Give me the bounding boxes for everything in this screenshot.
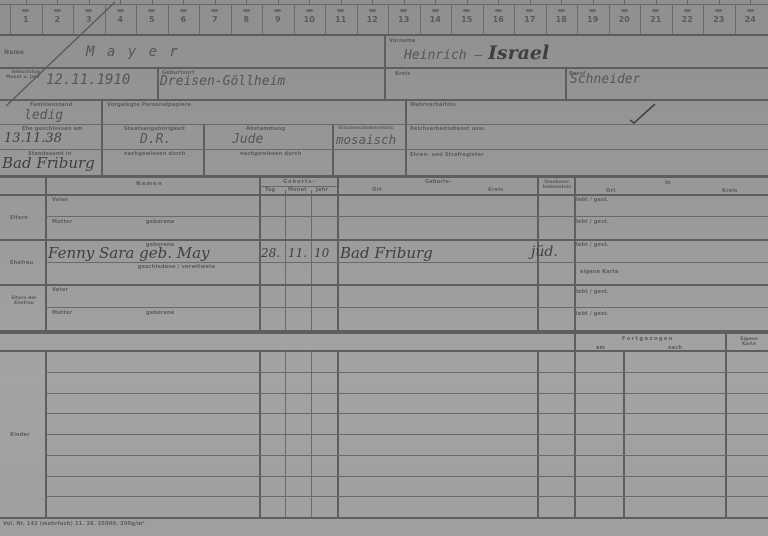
row-status: lebt / gest. — [576, 311, 609, 317]
strip-number: 9 — [275, 15, 281, 24]
strip-number: 15 — [461, 15, 472, 24]
row-role: Vater — [52, 287, 68, 293]
divider — [0, 194, 768, 196]
table-row-divider — [46, 476, 768, 477]
header-birth-district: Kreis — [488, 187, 503, 193]
divider — [0, 350, 768, 352]
wife-religion: jüd. — [531, 244, 558, 260]
divider — [483, 4, 484, 34]
registration-card: 123456789101112131415161718192021222324 … — [0, 0, 768, 536]
divider — [609, 4, 610, 34]
military-label: Wehrverhältnis — [410, 102, 456, 108]
table-row-divider — [46, 434, 768, 435]
divider — [0, 284, 768, 286]
row-role: Mutter — [52, 310, 72, 316]
divider — [565, 68, 567, 100]
strip-number: 23 — [713, 15, 724, 24]
footer-print-note: Vol. Nr. 142 (mehrfach) 11. 38. 25000. 2… — [3, 521, 145, 527]
divider — [0, 149, 768, 150]
divider — [101, 100, 103, 176]
strip-number: 11 — [335, 15, 346, 24]
punch-mark-icon — [463, 9, 470, 12]
punch-mark-icon — [747, 9, 754, 12]
punch-mark-icon — [369, 9, 376, 12]
divider — [0, 517, 768, 519]
header-day: Tag — [265, 187, 275, 193]
punch-mark-icon — [652, 9, 659, 12]
punch-mark-icon — [432, 9, 439, 12]
strip-number-cell: 12 — [357, 4, 389, 34]
surname: M a y e r — [86, 44, 180, 60]
header-month: Monat — [288, 187, 307, 193]
divider — [157, 68, 159, 100]
married-on: 13.11.38 — [4, 131, 62, 146]
strip-number-cell: 16 — [483, 4, 515, 34]
strip-number: 21 — [650, 15, 661, 24]
divider — [168, 4, 169, 34]
divider — [325, 4, 326, 34]
checkmark-icon — [628, 102, 658, 124]
strip-number: 8 — [243, 15, 249, 24]
birth-date-label: Geburtstag Monat u. Jahr — [2, 70, 40, 80]
strip-number: 20 — [619, 15, 630, 24]
divider — [725, 334, 727, 518]
religion: mosaisch — [336, 132, 396, 147]
wife-name: Fenny Sara geb. May — [48, 244, 210, 262]
section-label-wife: Ehefrau — [10, 260, 33, 266]
honors-label: Ehren- und Strafregister — [410, 152, 484, 158]
divider — [735, 4, 736, 34]
divider — [294, 4, 295, 34]
strip-number-cell: 15 — [451, 4, 483, 34]
divider — [136, 4, 137, 34]
name-label: Name — [4, 50, 24, 56]
table-row-divider — [46, 393, 768, 394]
punch-mark-icon — [558, 9, 565, 12]
punch-mark-icon — [211, 9, 218, 12]
divider — [405, 100, 407, 176]
wife-birth-day: 28. — [261, 246, 280, 260]
divider — [574, 334, 576, 518]
birth-place: Dreisen-Göllheim — [160, 74, 285, 89]
header-birth-place: Ort — [372, 187, 382, 193]
punch-mark-icon — [715, 9, 722, 12]
row-status: lebt / gest. — [576, 289, 609, 295]
given-names-handwritten: Israel — [488, 42, 549, 64]
row-status: lebt / gest. — [576, 219, 609, 225]
divider — [357, 4, 358, 34]
strip-number: 10 — [304, 15, 315, 24]
wife-birth-year: 10 — [314, 246, 329, 260]
strip-number-cell: 8 — [231, 4, 263, 34]
row-role: Mutter — [52, 219, 72, 225]
divider — [703, 4, 704, 34]
proven-by-label-2: nachgewiesen durch — [240, 151, 302, 157]
table-row-divider — [46, 262, 768, 263]
divider — [546, 4, 547, 34]
divider — [672, 4, 673, 34]
proven-by-label-1: nachgewiesen durch — [124, 151, 186, 157]
divider — [0, 175, 768, 178]
table-row-divider — [46, 372, 768, 373]
punch-mark-icon — [495, 9, 502, 12]
birth-date: 12.11.1910 — [46, 72, 130, 88]
strip-number: 5 — [149, 15, 155, 24]
moved-header: Fortgezogen — [622, 336, 674, 342]
divider — [199, 4, 200, 34]
punch-mark-icon — [243, 9, 250, 12]
table-row-divider — [46, 413, 768, 414]
strip-number: 22 — [682, 15, 693, 24]
section-label-parents: Eltern — [10, 215, 28, 221]
table-row-divider — [46, 455, 768, 456]
labor-service-label: Reichsarbeitsdienst usw. — [410, 126, 485, 132]
strip-number-cell: 7 — [199, 4, 231, 34]
divider — [260, 186, 337, 187]
header-year: Jahr — [316, 187, 328, 193]
strip-number: 13 — [398, 15, 409, 24]
row-role: Vater — [52, 197, 68, 203]
wife-birth-month: 11. — [288, 246, 307, 260]
strip-number-cell: 22 — [672, 4, 704, 34]
strip-number-cell: 19 — [577, 4, 609, 34]
divider — [0, 239, 768, 241]
strip-number-cell: 23 — [703, 4, 735, 34]
strip-number-cell: 13 — [388, 4, 420, 34]
section-label-wife-parents: Eltern der Ehefrau — [8, 296, 40, 306]
own-card-header: Eigene Karte — [734, 337, 764, 347]
strip-number: 18 — [556, 15, 567, 24]
table-row-divider — [46, 307, 768, 308]
table-row-divider — [46, 216, 768, 217]
punch-mark-icon — [306, 9, 313, 12]
punch-mark-icon — [621, 9, 628, 12]
strip-number: 14 — [430, 15, 441, 24]
punch-mark-icon — [180, 9, 187, 12]
header-religion: Glaubens-bekenntnis — [540, 180, 574, 190]
row-born-label: geschiedene / verwitwete — [138, 264, 215, 270]
strip-number-cell: 5 — [136, 4, 168, 34]
strip-number-cell: 17 — [514, 4, 546, 34]
punch-mark-icon — [589, 9, 596, 12]
divider — [577, 4, 578, 34]
punch-mark-icon — [274, 9, 281, 12]
given-names-typed: Heinrich – — [404, 48, 482, 63]
divider — [231, 4, 232, 34]
ancestry: Jude — [232, 132, 263, 147]
row-status: lebt / gest. — [576, 242, 609, 248]
strip-number: 12 — [367, 15, 378, 24]
divider — [203, 125, 205, 176]
divider — [0, 330, 768, 334]
section-label-children: Kinder — [10, 432, 30, 438]
divider — [285, 190, 286, 330]
marital-status: ledig — [24, 108, 63, 123]
strip-number-cell: 9 — [262, 4, 294, 34]
given-names-label: Vorname — [389, 38, 415, 44]
divider — [0, 67, 768, 69]
header-birth: Geburts- — [283, 179, 316, 185]
header-in: In — [665, 180, 671, 186]
divider — [332, 125, 334, 176]
row-born-label: geborene — [146, 310, 174, 316]
occupation: Schneider — [570, 72, 640, 87]
punch-mark-icon — [400, 9, 407, 12]
strip-number-cell: 21 — [640, 4, 672, 34]
divider — [420, 4, 421, 34]
strip-number-cell: 14 — [420, 4, 452, 34]
papers-label: Vorgelegte Personalpapiere — [107, 102, 191, 108]
punch-mark-icon — [684, 9, 691, 12]
row-born-label: geborene — [146, 219, 174, 225]
table-row-divider — [46, 496, 768, 497]
punch-mark-icon — [526, 9, 533, 12]
strip-number-cell: 10 — [294, 4, 326, 34]
strip-number-cell: 20 — [609, 4, 641, 34]
strip-number: 19 — [587, 15, 598, 24]
punch-mark-icon — [148, 9, 155, 12]
strip-number-cell: 11 — [325, 4, 357, 34]
strip-number-cell: 6 — [168, 4, 200, 34]
strip-number: 7 — [212, 15, 218, 24]
strip-number: 6 — [180, 15, 186, 24]
divider — [0, 99, 768, 101]
strip-number-cell: 24 — [735, 4, 767, 34]
registry-office: Bad Friburg — [2, 154, 95, 172]
district-label: Kreis — [395, 71, 410, 77]
header-birth-group: Geburts- — [425, 179, 451, 185]
own-card-label: eigene Karte — [580, 269, 619, 275]
divider — [262, 4, 263, 34]
strip-number: 24 — [745, 15, 756, 24]
strip-number: 17 — [524, 15, 535, 24]
punch-mark-icon — [337, 9, 344, 12]
row-status: lebt / gest. — [576, 197, 609, 203]
strip-number: 16 — [493, 15, 504, 24]
divider — [451, 4, 452, 34]
divider — [0, 124, 768, 125]
divider — [514, 4, 515, 34]
citizenship: D.R. — [140, 132, 171, 147]
divider — [311, 190, 312, 330]
strip-number-cell: 18 — [546, 4, 578, 34]
header-names: Namen — [136, 181, 163, 187]
wife-birth-place: Bad Friburg — [340, 244, 433, 262]
divider — [388, 4, 389, 34]
divider — [640, 4, 641, 34]
